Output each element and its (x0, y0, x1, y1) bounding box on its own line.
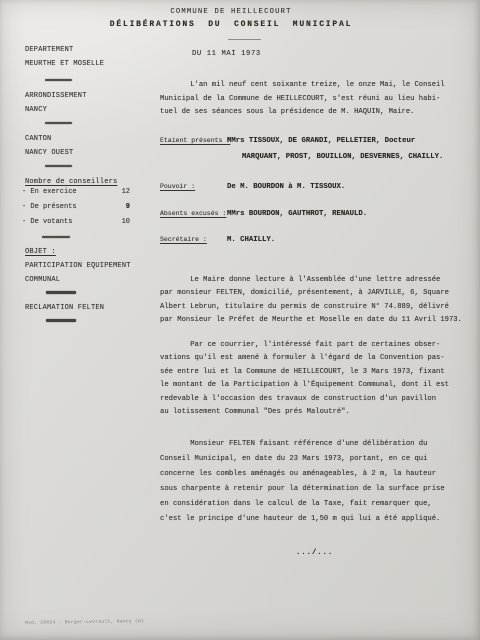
conseillers-row-votants: - De votants 10 (22, 218, 130, 226)
session-date: DU 11 MAI 1973 (192, 49, 261, 59)
scanned-document-page: COMMUNE DE HEILLECOURT DÉLIBÉRATIONS DU … (0, 0, 480, 640)
reclamation-label: RECLAMATION FELTEN (25, 303, 104, 313)
continuation-mark: .../... (296, 548, 333, 558)
body-paragraph-3: Monsieur FELTEN faisant référence d'une … (160, 437, 472, 527)
conseillers-row-value: 12 (122, 188, 130, 196)
attendance-presents-label: Etaient présents : (160, 136, 230, 146)
intro-paragraph: L'an mil neuf cent soixante treize, le o… (160, 79, 472, 120)
pouvoir-value: De M. BOURDON à M. TISSOUX. (227, 182, 345, 192)
departement-label: DEPARTEMENT (25, 45, 73, 55)
conseillers-row-value: 10 (122, 218, 130, 226)
body-paragraph-1: Le Maire donne lecture à l'Assemblée d'u… (160, 274, 472, 328)
secretaire-value: M. CHAILLY. (227, 235, 275, 245)
arrondissement-value: NANCY (25, 105, 47, 115)
conseillers-row-exercice: - En exercice 12 (22, 188, 130, 196)
pouvoir-label: Pouvoir : (160, 182, 195, 192)
commune-header: COMMUNE DE HEILLECOURT (0, 7, 462, 17)
title-underline-rule (228, 39, 261, 40)
absents-label: Absents excusés : (160, 209, 226, 219)
arrondissement-label: ARRONDISSEMENT (25, 91, 87, 101)
margin-divider (45, 165, 72, 167)
absents-value: MMrs BOURDON, GAUTHROT, RENAULD. (227, 209, 367, 219)
margin-divider (45, 122, 72, 124)
canton-label: CANTON (25, 134, 51, 144)
conseillers-row-value: 9 (126, 203, 130, 211)
objet-value-line2: COMMUNAL (25, 275, 60, 285)
conseillers-row-label: - De présents (22, 203, 77, 211)
margin-divider (46, 319, 76, 322)
attendance-presents-value-2: MARQUANT, PROST, BOUILLON, DESVERNES, CH… (242, 152, 443, 162)
canton-value: NANCY OUEST (25, 148, 73, 158)
departement-value: MEURTHE ET MOSELLE (25, 59, 104, 69)
margin-divider (45, 79, 72, 81)
conseillers-heading: Nombre de conseillers (25, 177, 117, 187)
printer-imprint: Mod. 20024 - Berger-Levrault, Nancy (B) (25, 619, 144, 626)
margin-divider (42, 236, 70, 238)
conseillers-row-label: - En exercice (22, 188, 77, 196)
conseillers-row-label: - De votants (22, 218, 72, 226)
attendance-presents-value: MMrs TISSOUX, DE GRANDI, PELLETIER, Doct… (227, 136, 415, 146)
body-paragraph-2: Par ce courrier, l'intéressé fait part d… (160, 339, 472, 419)
secretaire-label: Secrétaire : (160, 235, 207, 245)
objet-value-line1: PARTICIPATION EQUIPEMENT (25, 261, 131, 271)
conseillers-row-presents: - De présents 9 (22, 203, 130, 211)
document-title: DÉLIBÉRATIONS DU CONSEIL MUNICIPAL (0, 20, 462, 30)
objet-label: OBJET : (25, 247, 56, 257)
margin-divider (46, 291, 76, 294)
